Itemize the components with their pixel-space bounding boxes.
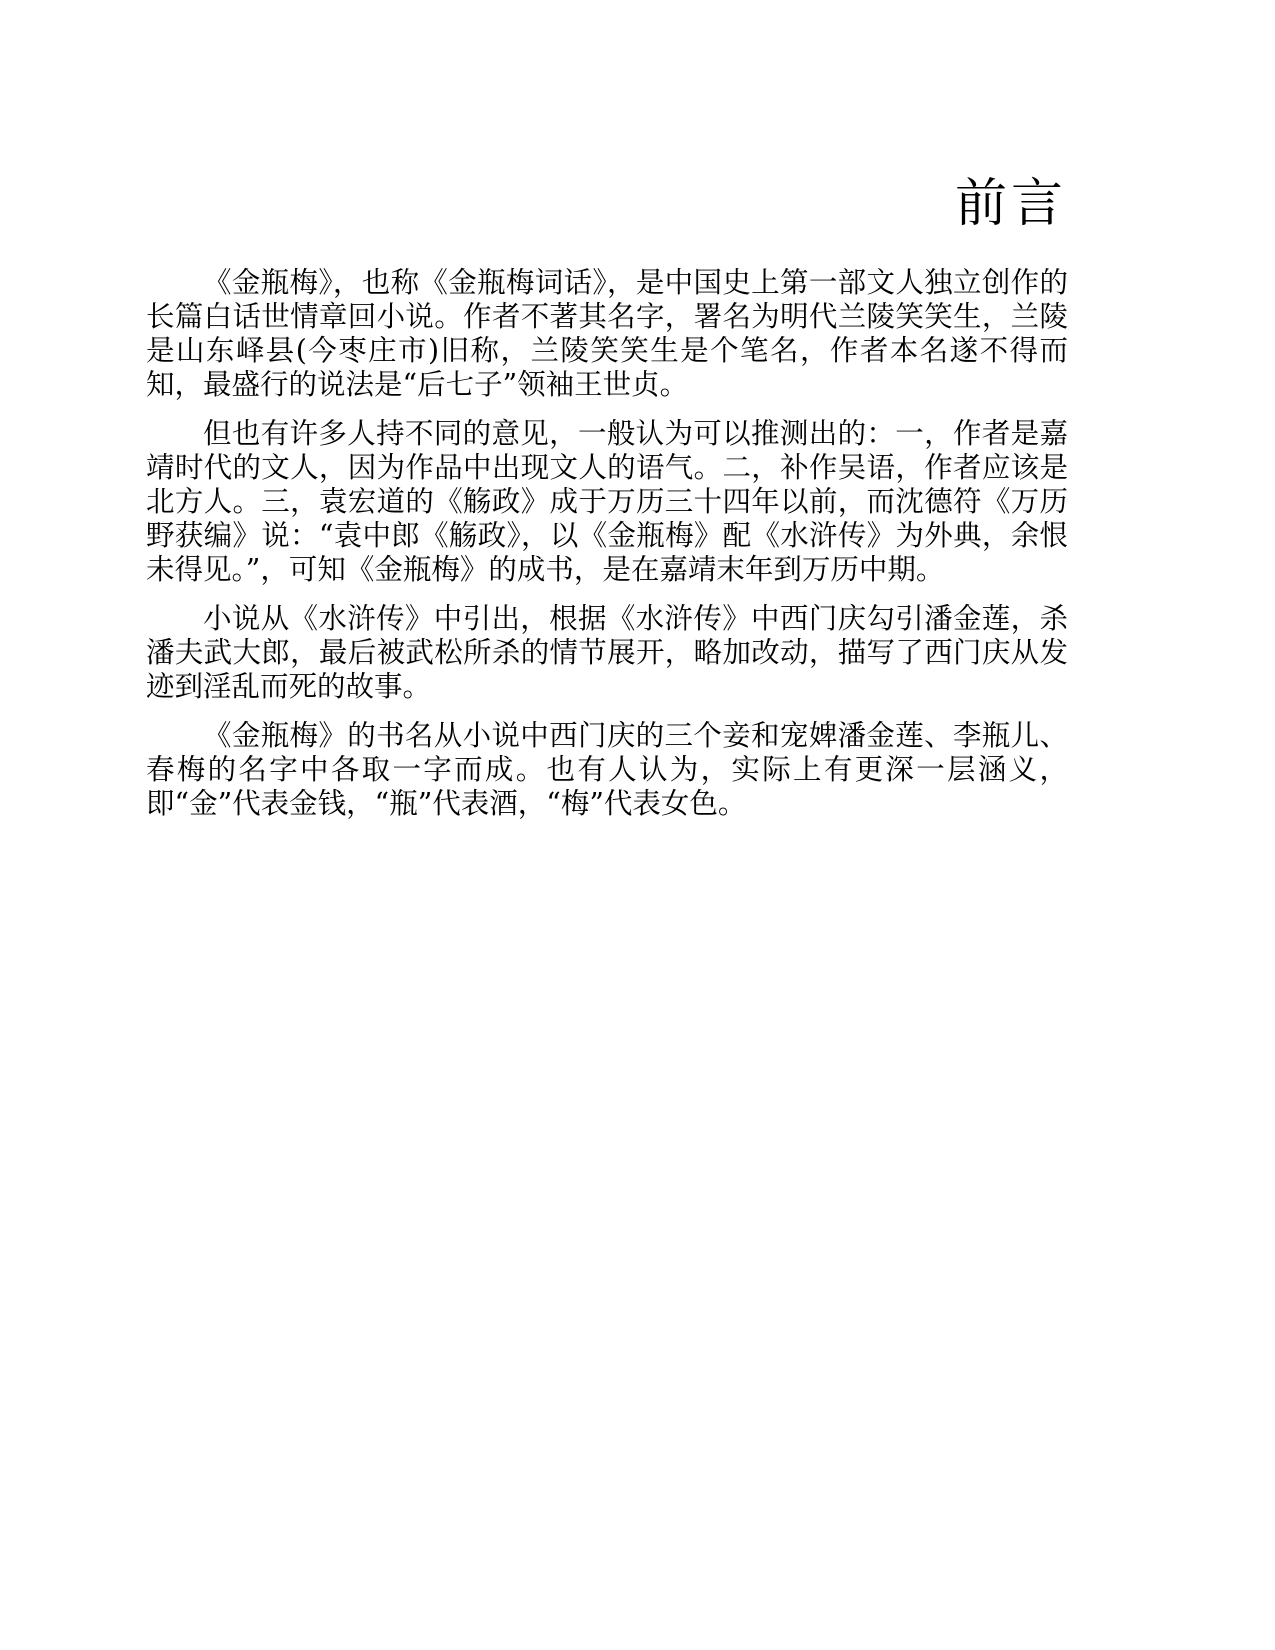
paragraph-3: 小说从《水浒传》中引出，根据《水浒传》中西门庆勾引潘金莲，杀潘夫武大郎，最后被武… bbox=[146, 602, 1068, 704]
paragraph-1: 《金瓶梅》，也称《金瓶梅词话》，是中国史上第一部文人独立创作的长篇白话世情章回小… bbox=[146, 266, 1068, 402]
document-page: 前言 《金瓶梅》，也称《金瓶梅词话》，是中国史上第一部文人独立创作的长篇白话世情… bbox=[0, 0, 1275, 1650]
page-title: 前言 bbox=[955, 172, 1067, 236]
paragraph-2: 但也有许多人持不同的意见，一般认为可以推测出的：一，作者是嘉靖时代的文人，因为作… bbox=[146, 417, 1068, 587]
paragraph-4: 《金瓶梅》的书名从小说中西门庆的三个妾和宠婢潘金莲、李瓶儿、春梅的名字中各取一字… bbox=[146, 719, 1068, 821]
preface-body: 《金瓶梅》，也称《金瓶梅词话》，是中国史上第一部文人独立创作的长篇白话世情章回小… bbox=[146, 266, 1068, 836]
